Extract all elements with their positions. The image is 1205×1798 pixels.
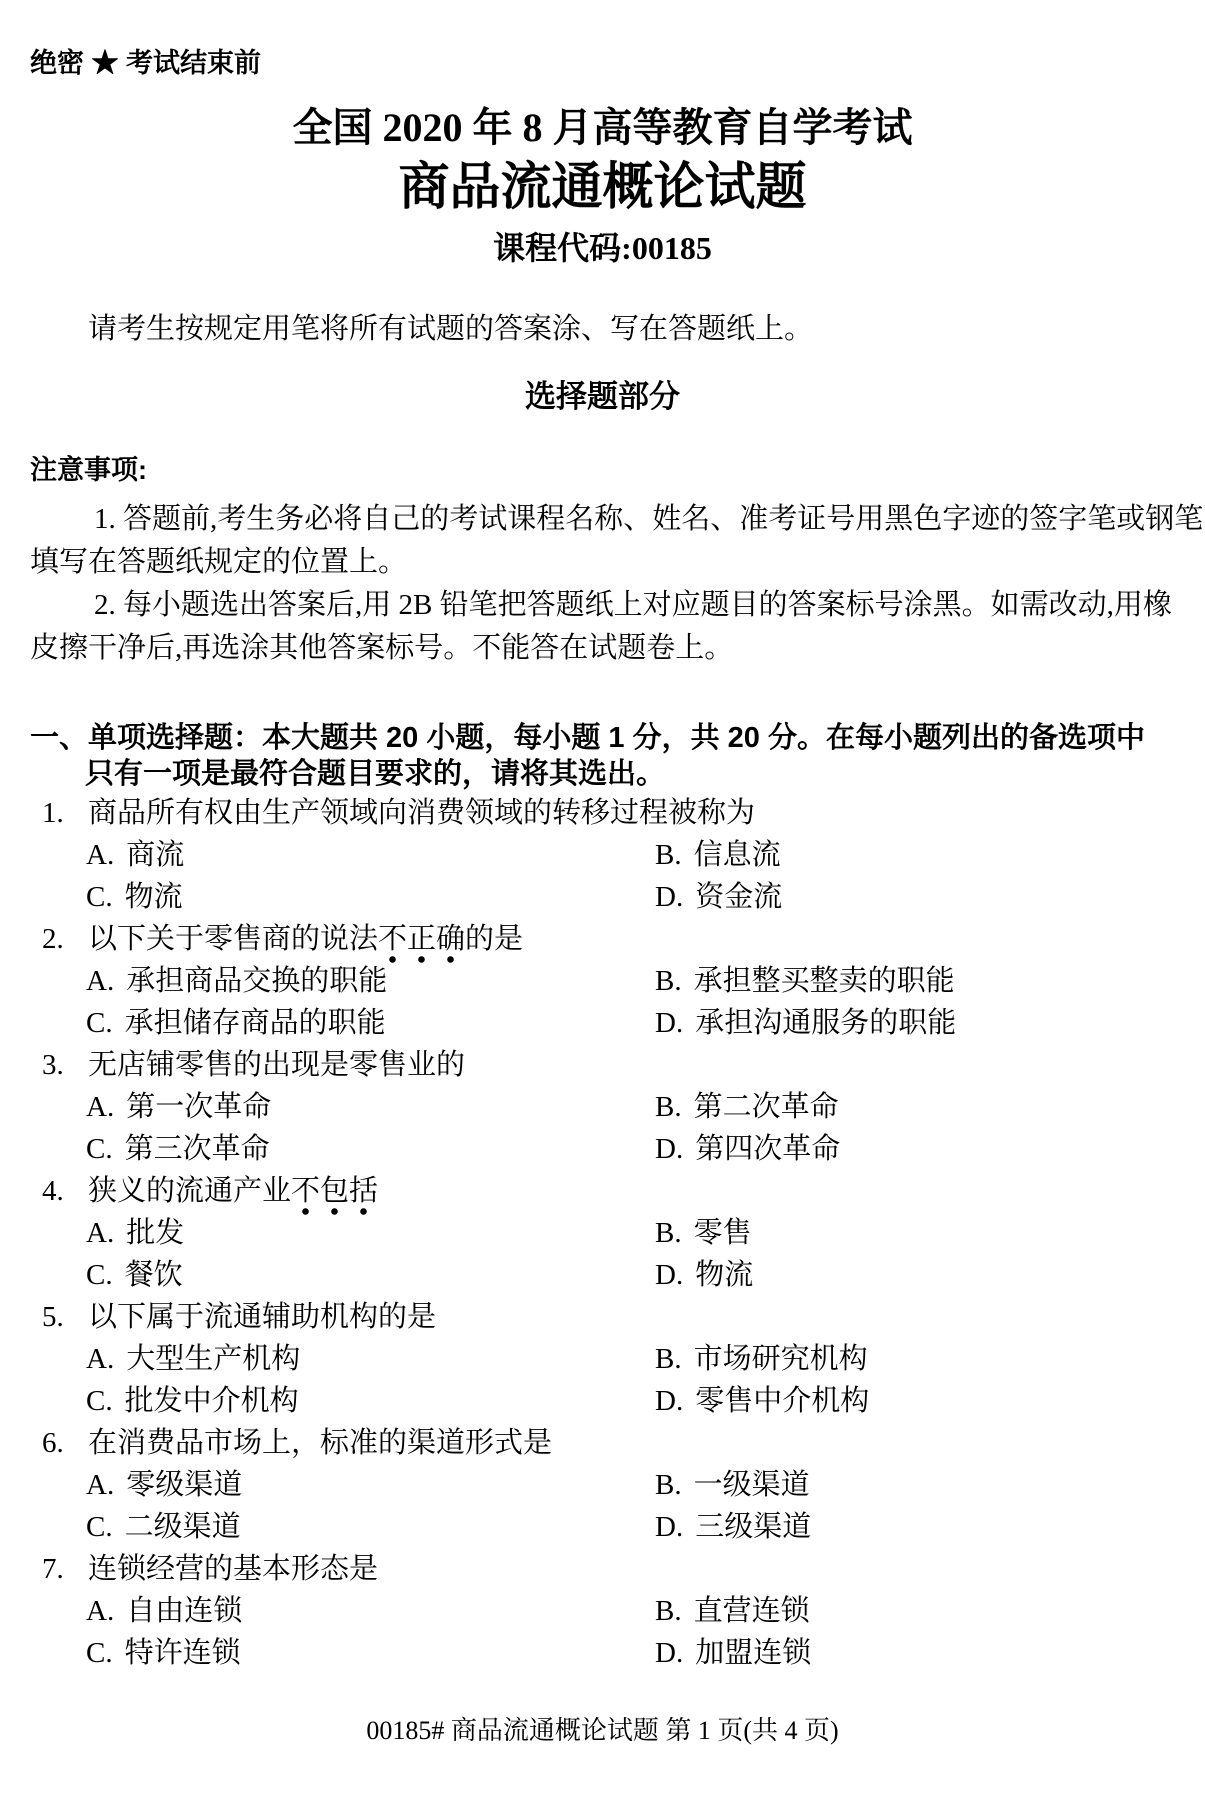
option-letter: A. xyxy=(86,839,114,871)
option-text: 第二次革命 xyxy=(694,1091,839,1123)
option-text: 批发 xyxy=(126,1217,184,1249)
course-code: 课程代码:00185 xyxy=(30,228,1175,268)
option-a: A.第一次革命 xyxy=(86,1086,655,1128)
question-stem-text: 狭义的流通产业 xyxy=(88,1175,291,1207)
question-2: 2.以下关于零售商的说法不正确的是 A.承担商品交换的职能 B.承担整买整卖的职… xyxy=(42,918,1175,1044)
question-number: 5. xyxy=(42,1296,88,1338)
option-d: D.加盟连锁 xyxy=(655,1632,1175,1674)
question-stem-text: 在消费品市场上，标准的渠道形式是 xyxy=(88,1427,552,1459)
option-letter: C. xyxy=(86,1511,113,1543)
question-3: 3.无店铺零售的出现是零售业的 A.第一次革命 B.第二次革命 C.第三次革命 … xyxy=(42,1044,1175,1170)
option-text: 加盟连锁 xyxy=(695,1637,811,1669)
option-d: D.三级渠道 xyxy=(655,1506,1175,1548)
option-letter: A. xyxy=(86,1595,114,1627)
option-text: 三级渠道 xyxy=(695,1511,811,1543)
question-3-options: A.第一次革命 B.第二次革命 C.第三次革命 D.第四次革命 xyxy=(42,1086,1175,1170)
option-b: B.第二次革命 xyxy=(655,1086,1175,1128)
question-5-stem: 5.以下属于流通辅助机构的是 xyxy=(42,1296,1175,1338)
question-stem-text: 以下属于流通辅助机构的是 xyxy=(88,1301,436,1333)
option-letter: B. xyxy=(655,1595,682,1627)
question-stem-text: 无店铺零售的出现是零售业的 xyxy=(88,1049,465,1081)
option-text: 商流 xyxy=(126,839,184,871)
option-text: 物流 xyxy=(125,881,183,913)
option-letter: A. xyxy=(86,1469,114,1501)
question-4-stem: 4.狭义的流通产业不包括 xyxy=(42,1170,1175,1212)
option-letter: C. xyxy=(86,1133,113,1165)
option-text: 零售 xyxy=(694,1217,752,1249)
question-stem-tail: 的是 xyxy=(465,923,523,955)
option-letter: C. xyxy=(86,1385,113,1417)
option-letter: A. xyxy=(86,1217,114,1249)
question-2-stem: 2.以下关于零售商的说法不正确的是 xyxy=(42,918,1175,960)
question-7-options: A.自由连锁 B.直营连锁 C.特许连锁 D.加盟连锁 xyxy=(42,1590,1175,1674)
option-text: 资金流 xyxy=(695,881,782,913)
option-text: 承担储存商品的职能 xyxy=(125,1007,386,1039)
option-text: 批发中介机构 xyxy=(125,1385,299,1417)
question-stem-text: 商品所有权由生产领域向消费领域的转移过程被称为 xyxy=(88,797,755,829)
option-text: 一级渠道 xyxy=(694,1469,810,1501)
option-text: 第一次革命 xyxy=(126,1091,271,1123)
option-letter: D. xyxy=(655,1007,683,1039)
exam-title-line2: 商品流通概论试题 xyxy=(30,158,1175,216)
option-letter: D. xyxy=(655,1637,683,1669)
option-letter: B. xyxy=(655,1217,682,1249)
question-4-options: A.批发 B.零售 C.餐饮 D.物流 xyxy=(42,1212,1175,1296)
option-letter: B. xyxy=(655,1343,682,1375)
option-d: D.零售中介机构 xyxy=(655,1380,1175,1422)
part-title: 选择题部分 xyxy=(30,378,1175,416)
question-list: 1.商品所有权由生产领域向消费领域的转移过程被称为 A.商流 B.信息流 C.物… xyxy=(42,792,1175,1674)
question-3-stem: 3.无店铺零售的出现是零售业的 xyxy=(42,1044,1175,1086)
note-2-line-2: 皮擦干净后,再选涂其他答案标号。不能答在试题卷上。 xyxy=(30,627,1175,670)
option-letter: C. xyxy=(86,881,113,913)
option-text: 信息流 xyxy=(694,839,781,871)
option-letter: B. xyxy=(655,965,682,997)
question-1-options: A.商流 B.信息流 C.物流 D.资金流 xyxy=(42,834,1175,918)
option-d: D.第四次革命 xyxy=(655,1128,1175,1170)
question-number: 7. xyxy=(42,1548,88,1590)
option-text: 市场研究机构 xyxy=(694,1343,868,1375)
option-text: 餐饮 xyxy=(125,1259,183,1291)
option-d: D.承担沟通服务的职能 xyxy=(655,1002,1175,1044)
exam-title-line1: 全国 2020 年 8 月高等教育自学考试 xyxy=(30,103,1175,153)
option-letter: D. xyxy=(655,1259,683,1291)
option-text: 直营连锁 xyxy=(694,1595,810,1627)
option-letter: B. xyxy=(655,839,682,871)
note-1-line-1: 1. 答题前,考生务必将自己的考试课程名称、姓名、准考证号用黑色字迹的签字笔或钢… xyxy=(30,498,1175,541)
option-text: 零级渠道 xyxy=(126,1469,242,1501)
question-stem-emphasis: 不正确 xyxy=(378,923,465,964)
option-b: B.一级渠道 xyxy=(655,1464,1175,1506)
option-a: A.零级渠道 xyxy=(86,1464,655,1506)
option-text: 特许连锁 xyxy=(125,1637,241,1669)
option-c: C.特许连锁 xyxy=(86,1632,655,1674)
option-c: C.物流 xyxy=(86,876,655,918)
option-letter: C. xyxy=(86,1259,113,1291)
note-1-line-2: 填写在答题纸规定的位置上。 xyxy=(30,541,1175,584)
option-text: 物流 xyxy=(695,1259,753,1291)
option-letter: A. xyxy=(86,965,114,997)
option-b: B.零售 xyxy=(655,1212,1175,1254)
question-1: 1.商品所有权由生产领域向消费领域的转移过程被称为 A.商流 B.信息流 C.物… xyxy=(42,792,1175,918)
section-heading-line-1: 一、单项选择题：本大题共 20 小题，每小题 1 分，共 20 分。在每小题列出… xyxy=(30,720,1175,756)
option-text: 第四次革命 xyxy=(695,1133,840,1165)
question-number: 3. xyxy=(42,1044,88,1086)
classification-banner: 绝密 ★ 考试结束前 xyxy=(30,46,1175,80)
section-heading-line-2: 只有一项是最符合题目要求的，请将其选出。 xyxy=(30,756,1175,792)
option-c: C.第三次革命 xyxy=(86,1128,655,1170)
option-letter: C. xyxy=(86,1637,113,1669)
option-text: 零售中介机构 xyxy=(695,1385,869,1417)
question-6-options: A.零级渠道 B.一级渠道 C.二级渠道 D.三级渠道 xyxy=(42,1464,1175,1548)
page-footer: 00185# 商品流通概论试题 第 1 页(共 4 页) xyxy=(30,1714,1175,1748)
option-letter: A. xyxy=(86,1091,114,1123)
option-b: B.信息流 xyxy=(655,834,1175,876)
question-6-stem: 6.在消费品市场上，标准的渠道形式是 xyxy=(42,1422,1175,1464)
option-text: 承担沟通服务的职能 xyxy=(695,1007,956,1039)
question-stem-text: 以下关于零售商的说法 xyxy=(88,923,378,955)
option-letter: D. xyxy=(655,881,683,913)
option-a: A.商流 xyxy=(86,834,655,876)
option-b: B.直营连锁 xyxy=(655,1590,1175,1632)
question-6: 6.在消费品市场上，标准的渠道形式是 A.零级渠道 B.一级渠道 C.二级渠道 … xyxy=(42,1422,1175,1548)
question-4: 4.狭义的流通产业不包括 A.批发 B.零售 C.餐饮 D.物流 xyxy=(42,1170,1175,1296)
option-letter: D. xyxy=(655,1385,683,1417)
option-d: D.资金流 xyxy=(655,876,1175,918)
option-letter: A. xyxy=(86,1343,114,1375)
option-b: B.市场研究机构 xyxy=(655,1338,1175,1380)
option-letter: B. xyxy=(655,1091,682,1123)
notes-title: 注意事项: xyxy=(30,452,1175,488)
option-letter: C. xyxy=(86,1007,113,1039)
option-a: A.自由连锁 xyxy=(86,1590,655,1632)
option-text: 第三次革命 xyxy=(125,1133,270,1165)
option-b: B.承担整买整卖的职能 xyxy=(655,960,1175,1002)
option-text: 自由连锁 xyxy=(126,1595,242,1627)
question-5-options: A.大型生产机构 B.市场研究机构 C.批发中介机构 D.零售中介机构 xyxy=(42,1338,1175,1422)
option-d: D.物流 xyxy=(655,1254,1175,1296)
question-5: 5.以下属于流通辅助机构的是 A.大型生产机构 B.市场研究机构 C.批发中介机… xyxy=(42,1296,1175,1422)
option-letter: B. xyxy=(655,1469,682,1501)
option-c: C.承担储存商品的职能 xyxy=(86,1002,655,1044)
question-stem-emphasis: 不包括 xyxy=(291,1175,378,1216)
option-letter: D. xyxy=(655,1133,683,1165)
option-a: A.大型生产机构 xyxy=(86,1338,655,1380)
option-text: 大型生产机构 xyxy=(126,1343,300,1375)
question-number: 6. xyxy=(42,1422,88,1464)
option-a: A.承担商品交换的职能 xyxy=(86,960,655,1002)
option-text: 二级渠道 xyxy=(125,1511,241,1543)
question-7-stem: 7.连锁经营的基本形态是 xyxy=(42,1548,1175,1590)
option-a: A.批发 xyxy=(86,1212,655,1254)
question-7: 7.连锁经营的基本形态是 A.自由连锁 B.直营连锁 C.特许连锁 D.加盟连锁 xyxy=(42,1548,1175,1674)
option-text: 承担整买整卖的职能 xyxy=(694,965,955,997)
question-number: 1. xyxy=(42,792,88,834)
option-c: C.餐饮 xyxy=(86,1254,655,1296)
question-number: 2. xyxy=(42,918,88,960)
option-text: 承担商品交换的职能 xyxy=(126,965,387,997)
answer-directive: 请考生按规定用笔将所有试题的答案涂、写在答题纸上。 xyxy=(30,310,1175,348)
question-stem-text: 连锁经营的基本形态是 xyxy=(88,1553,378,1585)
option-c: C.二级渠道 xyxy=(86,1506,655,1548)
question-2-options: A.承担商品交换的职能 B.承担整买整卖的职能 C.承担储存商品的职能 D.承担… xyxy=(42,960,1175,1044)
option-letter: D. xyxy=(655,1511,683,1543)
note-2-line-1: 2. 每小题选出答案后,用 2B 铅笔把答题纸上对应题目的答案标号涂黑。如需改动… xyxy=(30,584,1175,627)
exam-paper-page: { "document": { "classification": "绝密 ★ … xyxy=(0,0,1205,1798)
question-number: 4. xyxy=(42,1170,88,1212)
question-1-stem: 1.商品所有权由生产领域向消费领域的转移过程被称为 xyxy=(42,792,1175,834)
option-c: C.批发中介机构 xyxy=(86,1380,655,1422)
